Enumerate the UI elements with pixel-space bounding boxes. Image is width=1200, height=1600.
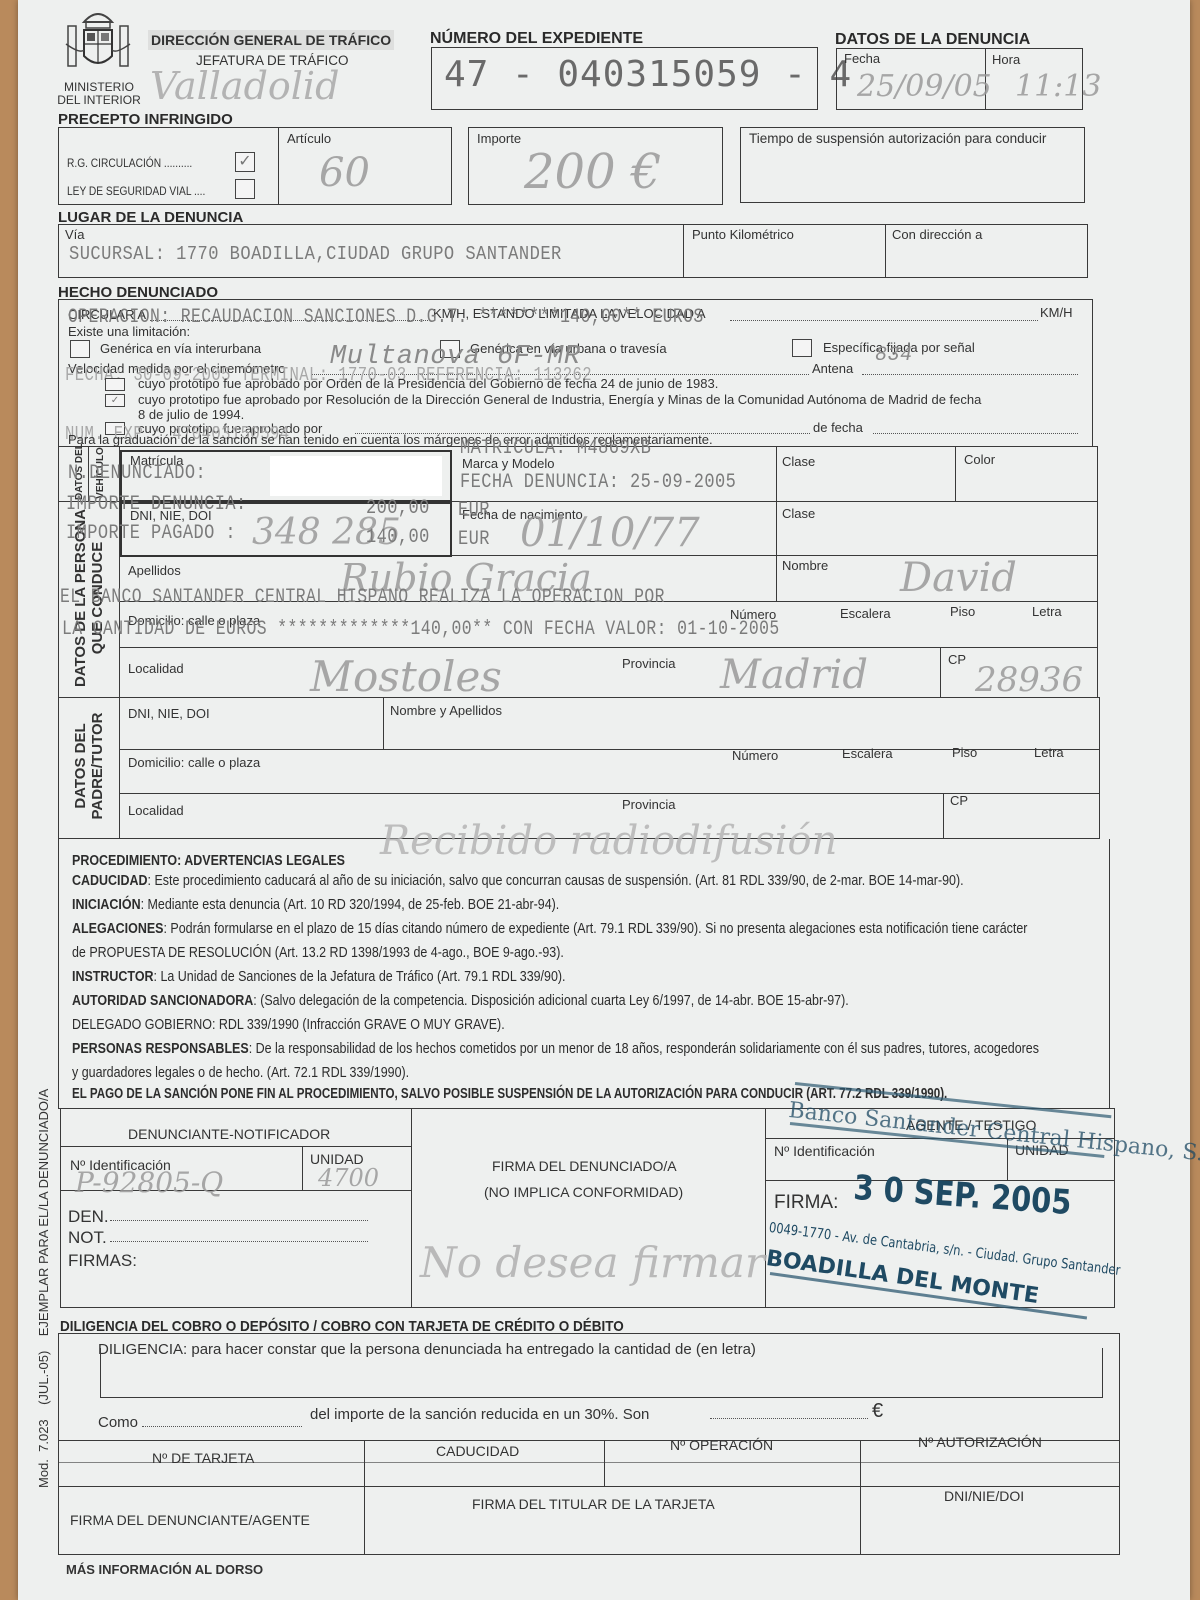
firma-titular-label: FIRMA DEL TITULAR DE LA TARJETA bbox=[472, 1496, 715, 1512]
overprint-importe-pagado: IMPORTE PAGADO : bbox=[66, 522, 236, 545]
legal-item-key: PERSONAS RESPONSABLES bbox=[72, 1041, 249, 1057]
overprint-eur-2: EUR bbox=[458, 528, 490, 551]
cp-label: CP bbox=[948, 652, 966, 667]
hora-label: Hora bbox=[992, 52, 1020, 67]
vehicle-clase-label: Clase bbox=[782, 454, 815, 469]
articulo-value: 60 bbox=[319, 150, 370, 196]
coat-of-arms-icon bbox=[62, 4, 134, 78]
importe-box: Importe 200 € bbox=[468, 127, 723, 205]
legal-item: INSTRUCTOR: La Unidad de Sanciones de la… bbox=[72, 969, 566, 985]
reducida-label: del importe de la sanción reducida en un… bbox=[310, 1406, 649, 1423]
col-caducidad: CADUCIDAD bbox=[436, 1443, 519, 1459]
tutor-escalera-label: Escalera bbox=[842, 746, 893, 761]
legal-item: DELEGADO GOBIERNO: RDL 339/1990 (Infracc… bbox=[72, 1017, 505, 1033]
legal-item-key: INSTRUCTOR bbox=[72, 969, 154, 985]
fecha-hora-box: Fecha Hora 25/09/05 11:13 bbox=[836, 48, 1083, 110]
overprint-fecha-denuncia: FECHA DENUNCIA: 25-09-2005 bbox=[460, 471, 736, 494]
overprint-eur-1: EUR bbox=[458, 499, 490, 522]
overprint-denunciado: N.DENUNCIADO: bbox=[68, 462, 206, 485]
legal-item: INICIACIÓN: Mediante esta denuncia (Art.… bbox=[72, 897, 559, 913]
legal-item: PERSONAS RESPONSABLES: De la responsabil… bbox=[72, 1041, 1039, 1057]
tutor-localidad-label: Localidad bbox=[128, 803, 184, 818]
tutor-provincia-label: Provincia bbox=[622, 797, 675, 812]
precepto-title: PRECEPTO INFRINGIDO bbox=[58, 111, 233, 128]
pk-label: Punto Kilométrico bbox=[692, 227, 794, 242]
denunciante-id-value: P-92805-Q bbox=[75, 1166, 223, 1199]
tutor-numero-label: Número bbox=[732, 748, 778, 763]
col-operacion: Nº OPERACIÓN bbox=[670, 1437, 773, 1453]
overprint-matricula: MATRICULA: M4869XB bbox=[460, 437, 651, 460]
via-label: Vía bbox=[65, 227, 85, 242]
expediente-number: 47 - 040315059 - 4 bbox=[444, 54, 852, 95]
proto2-date: 8 de julio de 1994. bbox=[138, 407, 244, 422]
overprint-banco: EL BANCO SANTANDER CENTRAL HISPANO REALI… bbox=[60, 586, 665, 609]
denunciante-title: DENUNCIANTE-NOTIFICADOR bbox=[128, 1126, 330, 1142]
nombre-value: David bbox=[900, 555, 1017, 601]
como-label: Como bbox=[98, 1414, 138, 1431]
suspension-box: Tiempo de suspensión autorización para c… bbox=[740, 127, 1085, 203]
articulo-box: Artículo 60 bbox=[278, 127, 452, 205]
legal-item: CADUCIDAD: Este procedimiento caducará a… bbox=[72, 873, 964, 889]
mas-info-footer: MÁS INFORMACIÓN AL DORSO bbox=[66, 1562, 263, 1577]
rg-circulacion-checkbox[interactable]: ✓ bbox=[235, 152, 255, 172]
side-edition-text: Mod. 7.023 (JUL.-05) EJEMPLAR PARA EL/LA… bbox=[36, 1089, 51, 1488]
antena-value: 834 bbox=[875, 344, 913, 367]
legal-item-key: INICIACIÓN bbox=[72, 897, 141, 913]
direccion-label: Con dirección a bbox=[892, 227, 982, 242]
legal-title: PROCEDIMIENTO: ADVERTENCIAS LEGALES bbox=[72, 853, 345, 869]
legal-item: de PROPUESTA DE RESOLUCIÓN (Art. 13.2 RD… bbox=[72, 945, 564, 961]
via-value: SUCURSAL: 1770 BOADILLA,CIUDAD GRUPO SAN… bbox=[69, 243, 562, 265]
localidad-value: Mostoles bbox=[310, 652, 502, 701]
legal-item-key: AUTORIDAD SANCIONADORA bbox=[72, 993, 253, 1009]
limit-senal-checkbox[interactable] bbox=[792, 339, 812, 357]
overprint-importe-denuncia: IMPORTE DENUNCIA: bbox=[66, 493, 247, 516]
tutor-cp-label: CP bbox=[950, 793, 968, 808]
limit-interurbana-label: Genérica en vía interurbana bbox=[100, 341, 261, 356]
firmas-label: FIRMAS: bbox=[68, 1251, 137, 1271]
cp-value: 28936 bbox=[975, 660, 1083, 700]
office-handwritten: Valladolid bbox=[150, 64, 339, 108]
legal-item: ALEGACIONES: Podrán formularse en el pla… bbox=[72, 921, 1027, 937]
importe-label: Importe bbox=[477, 131, 521, 146]
tutor-letra-label: Letra bbox=[1034, 745, 1064, 760]
agency-name: DIRECCIÓN GENERAL DE TRÁFICO bbox=[148, 30, 394, 50]
agente-id-label: Nº Identificación bbox=[774, 1143, 875, 1159]
no-conformidad-label: (NO IMPLICA CONFORMIDAD) bbox=[484, 1184, 683, 1200]
limit-interurbana-checkbox[interactable] bbox=[70, 340, 90, 358]
proto1-checkbox[interactable] bbox=[105, 378, 125, 391]
legal-item-key: ALEGACIONES bbox=[72, 921, 163, 937]
provincia-label: Provincia bbox=[622, 656, 675, 671]
col-tarjeta: Nº DE TARJETA bbox=[152, 1450, 254, 1466]
suspension-label: Tiempo de suspensión autorización para c… bbox=[749, 131, 1046, 146]
firma-denunciado-label: FIRMA DEL DENUNCIADO/A bbox=[492, 1158, 677, 1174]
piso-label: Piso bbox=[950, 604, 975, 619]
denuncia-data-label: DATOS DE LA DENUNCIA bbox=[835, 31, 1030, 49]
overprint-importe-denuncia-value: 200,00 bbox=[366, 497, 430, 520]
dni-nie-doi-label: DNI/NIE/DOI bbox=[944, 1488, 1024, 1504]
tutor-piso-label: Piso bbox=[952, 745, 977, 760]
tutor-dni-label: DNI, NIE, DOI bbox=[128, 706, 210, 721]
legal-item: AUTORIDAD SANCIONADORA: (Salvo delegació… bbox=[72, 993, 849, 1009]
expediente-label: NÚMERO DEL EXPEDIENTE bbox=[430, 30, 643, 48]
legal-item-key: CADUCIDAD bbox=[72, 873, 148, 889]
ley-seguridad-checkbox[interactable] bbox=[235, 179, 255, 199]
proto2-label: cuyo prototipo fue aprobado por Resoluci… bbox=[138, 392, 981, 407]
fecha-label: Fecha bbox=[844, 51, 880, 66]
rg-circulacion-label: R.G. CIRCULACIÓN .......... bbox=[67, 156, 192, 170]
fecha-value: 25/09/05 bbox=[857, 69, 992, 104]
proto2-checkbox[interactable]: ✓ bbox=[105, 394, 125, 407]
letra-label: Letra bbox=[1032, 604, 1062, 619]
license-clase-label: Clase bbox=[782, 506, 815, 521]
expediente-box: 47 - 040315059 - 4 bbox=[431, 47, 818, 110]
firma-agente-label: FIRMA DEL DENUNCIANTE/AGENTE bbox=[70, 1512, 310, 1528]
ley-seguridad-label: LEY DE SEGURIDAD VIAL .... bbox=[67, 184, 205, 198]
overprint-importe-pagado-value: 140,00 bbox=[366, 526, 430, 549]
limitacion-label: Existe una limitación: bbox=[68, 324, 190, 339]
escalera-label: Escalera bbox=[840, 606, 891, 621]
den-label: DEN. bbox=[68, 1207, 109, 1227]
final-notice: EL PAGO DE LA SANCIÓN PONE FIN AL PROCED… bbox=[72, 1086, 947, 1102]
color-label: Color bbox=[964, 452, 995, 467]
tutor-domicilio-label: Domicilio: calle o plaza bbox=[128, 755, 260, 770]
proto1-label: cuyo prototipo fue aprobado por Orden de… bbox=[138, 376, 718, 391]
not-label: NOT. bbox=[68, 1228, 107, 1248]
tutor-side-label: DATOS DELPADRE/TUTOR bbox=[72, 702, 106, 830]
overprint-cantidad: LA CANTIDAD DE EUROS *************140,00… bbox=[62, 618, 780, 641]
agente-firma-label: FIRMA: bbox=[774, 1192, 838, 1214]
nacimiento-value: 01/10/77 bbox=[520, 510, 700, 556]
euro-symbol: € bbox=[872, 1400, 883, 1423]
lugar-box: Vía SUCURSAL: 1770 BOADILLA,CIUDAD GRUPO… bbox=[58, 224, 1088, 278]
nombre-label: Nombre bbox=[782, 558, 828, 573]
precepto-box: R.G. CIRCULACIÓN .......... ✓ LEY DE SEG… bbox=[58, 127, 279, 205]
apellidos-label: Apellidos bbox=[128, 563, 181, 578]
legal-item: y guardadores legales o de hecho. (Art. … bbox=[72, 1065, 409, 1081]
denunciado-handwritten: No desea firmar bbox=[420, 1238, 765, 1287]
importe-value: 200 € bbox=[524, 144, 661, 200]
provincia-value: Madrid bbox=[720, 652, 868, 698]
hora-value: 11:13 bbox=[1015, 69, 1101, 104]
antena-label: Antena bbox=[812, 361, 853, 376]
localidad-label: Localidad bbox=[128, 661, 184, 676]
diligencia-amount-field[interactable] bbox=[100, 1348, 1103, 1398]
de-fecha-label: de fecha bbox=[813, 420, 863, 435]
kmh-label: KM/H bbox=[1040, 305, 1073, 320]
ministry-name: MINISTERIODEL INTERIOR bbox=[56, 81, 142, 107]
tutor-nombre-label: Nombre y Apellidos bbox=[390, 703, 502, 718]
articulo-label: Artículo bbox=[287, 131, 331, 146]
denunciante-unidad-value: 4700 bbox=[318, 1164, 379, 1192]
col-autorizacion: Nº AUTORIZACIÓN bbox=[918, 1434, 1042, 1450]
redacted-matricula bbox=[270, 456, 442, 496]
